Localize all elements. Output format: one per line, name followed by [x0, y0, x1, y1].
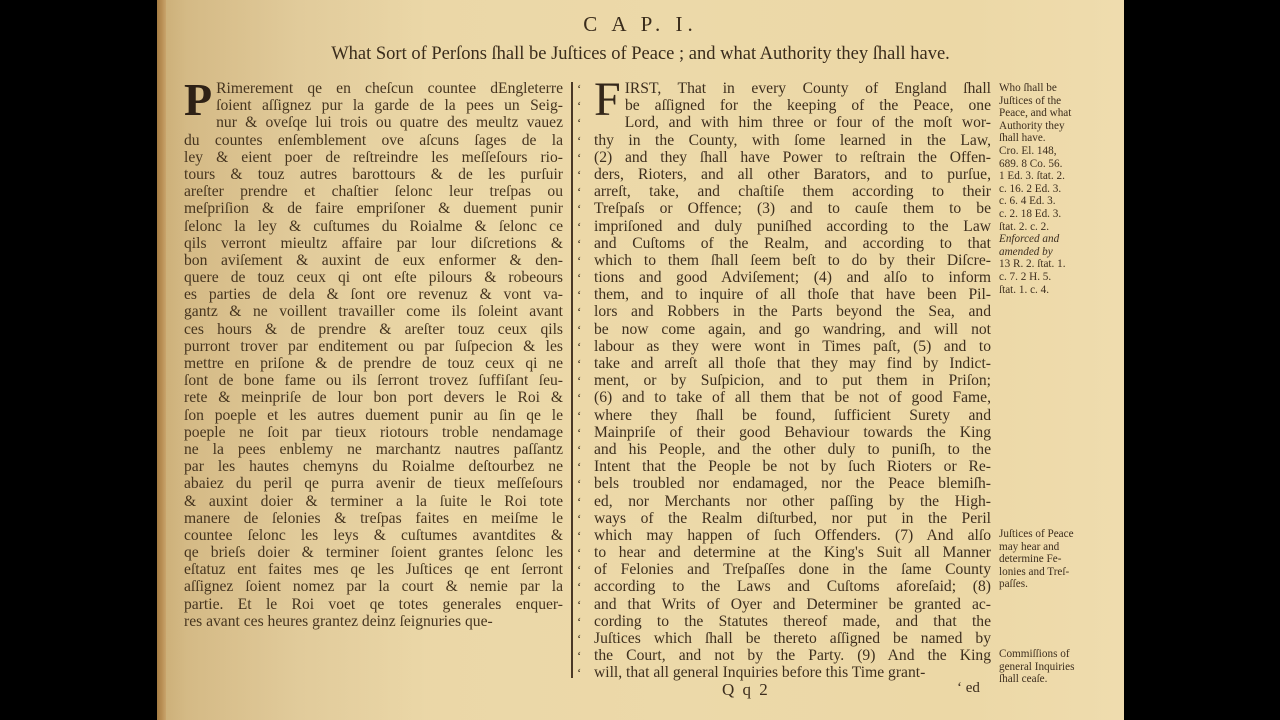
margin-note-line: Peace, and what: [999, 107, 1109, 120]
quote-mark: ‘: [577, 458, 589, 475]
english-line: arreſt, take, and chaſtiſe them accordin…: [594, 183, 991, 200]
margin-note-line: c. 6. 4 Ed. 3.: [999, 195, 1109, 208]
french-line: manere de ſelonies & treſpas faites en m…: [184, 510, 563, 527]
english-line: Lord, and with him three or four of the …: [594, 114, 991, 131]
french-line: ſont de bone fame ou ils ſerront trovez …: [184, 372, 563, 389]
quote-mark: ‘: [577, 218, 589, 235]
column-divider: [571, 82, 573, 678]
french-line: du countes enſemblement ove aſcuns ſages…: [184, 132, 563, 149]
margin-note-line: 689. 8 Co. 56.: [999, 158, 1109, 171]
french-line: res avant ces heures grantez deinz ſeign…: [184, 613, 563, 630]
french-line: aſſignez ſoient nomez par la court & nem…: [184, 578, 563, 595]
english-line: ders, Rioters, and all other Barators, a…: [594, 166, 991, 183]
french-line: areſter prendre et chaſtier ſelonc leur …: [184, 183, 563, 200]
margin-note-line: determine Fe-: [999, 553, 1109, 566]
english-line: thy in the County, with ſome learned in …: [594, 132, 991, 149]
margin-note-line: c. 2. 18 Ed. 3.: [999, 208, 1109, 221]
margin-note-line: may hear and: [999, 541, 1109, 554]
french-line: nur & oveſqe lui trois ou quatre des meu…: [184, 114, 563, 131]
margin-note-line: ſhall have.: [999, 132, 1109, 145]
french-line: meſpriſion & de faire empriſoner & dueme…: [184, 200, 563, 217]
quote-mark: ‘: [577, 321, 589, 338]
quote-mark: ‘: [577, 149, 589, 166]
quote-mark: ‘: [577, 97, 589, 114]
quote-mark: ‘: [577, 475, 589, 492]
english-line: labour as they were wont in Times paſt, …: [594, 338, 991, 355]
margin-note-line: Who ſhall be: [999, 82, 1109, 95]
quote-mark: ‘: [577, 407, 589, 424]
english-line: take and arreſt all thoſe that they may …: [594, 355, 991, 372]
quote-mark: ‘: [577, 286, 589, 303]
margin-note-line: ſhall ceaſe.: [999, 673, 1109, 686]
english-line: ment, or by Suſpicion, and to put them i…: [594, 372, 991, 389]
quote-mark: ‘: [577, 338, 589, 355]
quote-mark: ‘: [577, 527, 589, 544]
english-text-column: F IRST, That in every County of England …: [594, 80, 991, 682]
english-line: (2) and they ſhall have Power to reſtrai…: [594, 149, 991, 166]
english-line: tions and good Adviſement; (4) and alſo …: [594, 269, 991, 286]
french-line: qe brieſs doier & terminer ſoient grante…: [184, 544, 563, 561]
english-line: bels troubled nor endamaged, nor the Pea…: [594, 475, 991, 492]
french-text-column: P Rimerement qe en cheſcun countee dEngl…: [184, 80, 563, 630]
quote-mark: ‘: [577, 114, 589, 131]
french-line: countee ſelonc les leys & cuſtumes avant…: [184, 527, 563, 544]
quote-mark: ‘: [577, 493, 589, 510]
margin-note-line: Commiſſions of: [999, 648, 1109, 661]
french-line: partie. Et le Roi voet qe totes generale…: [184, 596, 563, 613]
english-line: to hear and determine at the King's Suit…: [594, 544, 991, 561]
quote-mark: ‘: [577, 596, 589, 613]
quote-mark: ‘: [577, 132, 589, 149]
english-line: will, that all general Inquiries before …: [594, 664, 991, 681]
english-line: which to them ſhall ſeem beſt to do by t…: [594, 252, 991, 269]
catchword: ‘ ed: [957, 680, 980, 697]
margin-note-line: Cro. El. 148,: [999, 145, 1109, 158]
english-line: Treſpaſs or Offence; (3) and to cauſe th…: [594, 200, 991, 217]
quote-mark: ‘: [577, 372, 589, 389]
quote-mark: ‘: [577, 200, 589, 217]
margin-note-line: Enforced and: [999, 233, 1109, 246]
quote-mark: ‘: [577, 303, 589, 320]
margin-note-line: c. 7. 2 H. 5.: [999, 271, 1109, 284]
margin-note-line: paſſes.: [999, 578, 1109, 591]
english-line: and his People, and the other duly to pu…: [594, 441, 991, 458]
english-line: lors and Robbers in the Parts beyond the…: [594, 303, 991, 320]
english-line: ways of the Realm diſturbed, nor put in …: [594, 510, 991, 527]
french-line: Rimerement qe en cheſcun countee dEnglet…: [184, 80, 563, 97]
page-binding-edge: [157, 0, 166, 720]
quote-mark: ‘: [577, 630, 589, 647]
quote-mark: ‘: [577, 441, 589, 458]
french-line: ne la pees enblemy ne marchantz nautres …: [184, 441, 563, 458]
chapter-heading: C A P. I.: [157, 12, 1124, 37]
french-line: rete & meinpriſe de lour bon port devers…: [184, 389, 563, 406]
english-line: Intent that the People be not by ſuch Ri…: [594, 458, 991, 475]
french-line: es parties de dela & ſont ore revenuz & …: [184, 286, 563, 303]
english-line: which may happen of ſuch Offenders. (7) …: [594, 527, 991, 544]
english-line: of Felonies and Treſpaſſes done in the ſ…: [594, 561, 991, 578]
dropcap-french: P: [184, 82, 212, 118]
quotation-marks-column: ‘ ‘ ‘ ‘ ‘ ‘ ‘ ‘ ‘ ‘ ‘ ‘ ‘ ‘ ‘ ‘ ‘ ‘ ‘ ‘ …: [577, 80, 589, 682]
quote-mark: ‘: [577, 424, 589, 441]
quote-mark: ‘: [577, 510, 589, 527]
french-line: mettre en priſone & de prendre de touz c…: [184, 355, 563, 372]
english-line: be now come again, and go wandring, and …: [594, 321, 991, 338]
french-line: abaiez du peril qe purra avenir de tieux…: [184, 475, 563, 492]
french-line: purront trover par enditement ou par ſuſ…: [184, 338, 563, 355]
margin-note-who-shall-be-justices: Who ſhall be Juſtices of the Peace, and …: [999, 82, 1109, 296]
margin-note-line: Authority they: [999, 120, 1109, 133]
english-line: (6) and to take of all them that be not …: [594, 389, 991, 406]
english-line: Mainpriſe of their good Behaviour toward…: [594, 424, 991, 441]
english-line: ed, nor Merchants nor other paſſing by t…: [594, 493, 991, 510]
margin-note-line: lonies and Treſ-: [999, 566, 1109, 579]
english-line: be aſſigned for the keeping of the Peace…: [625, 97, 991, 114]
margin-note-commissions-cease: Commiſſions of general Inquiries ſhall c…: [999, 648, 1109, 686]
dropcap-english: F: [594, 82, 621, 118]
english-line: and that Writs of Oyer and Determiner be…: [594, 596, 991, 613]
english-line: according to the Laws and Cuſtoms aforeſ…: [594, 578, 991, 595]
english-line: impriſoned and duly puniſhed according t…: [594, 218, 991, 235]
english-line: where they ſhall be found, ſufficient Su…: [594, 407, 991, 424]
margin-note-line: c. 16. 2 Ed. 3.: [999, 183, 1109, 196]
quote-mark: ‘: [577, 252, 589, 269]
quote-mark: ‘: [577, 389, 589, 406]
quote-mark: ‘: [577, 544, 589, 561]
book-page: C A P. I. What Sort of Perſons ſhall be …: [157, 0, 1124, 720]
french-line: ſelonc la ley & cuſtumes du Roialme & ſe…: [184, 218, 563, 235]
quote-mark: ‘: [577, 664, 589, 681]
quote-mark: ‘: [577, 166, 589, 183]
quote-mark: ‘: [577, 235, 589, 252]
quote-mark: ‘: [577, 80, 589, 97]
english-line: the Court, and not by the Party. (9) And…: [594, 647, 991, 664]
english-line: them, and to inquire of all thoſe that h…: [594, 286, 991, 303]
quote-mark: ‘: [577, 647, 589, 664]
french-line: quere de touz ceux qi ont eſte pilours &…: [184, 269, 563, 286]
french-line: bon aviſement & auxint de eux enformer &…: [184, 252, 563, 269]
french-line: ſoient aſſignez pur la garde de la pees …: [216, 97, 563, 114]
margin-note-line: 1 Ed. 3. ſtat. 2.: [999, 170, 1109, 183]
quote-mark: ‘: [577, 269, 589, 286]
french-line: ces hours & de prendre & areſter touz ce…: [184, 321, 563, 338]
french-line: par les hautes chemyns du Roialme deſtou…: [184, 458, 563, 475]
english-line: and Cuſtoms of the Realm, and according …: [594, 235, 991, 252]
margin-note-line: Juſtices of Peace: [999, 528, 1109, 541]
french-line: ſon poeple et les autres duement punir a…: [184, 407, 563, 424]
margin-note-hear-and-determine: Juſtices of Peace may hear and determine…: [999, 528, 1109, 591]
quote-mark: ‘: [577, 355, 589, 372]
margin-note-line: general Inquiries: [999, 661, 1109, 674]
margin-note-line: amended by: [999, 246, 1109, 259]
margin-note-line: ſtat. 2. c. 2.: [999, 221, 1109, 234]
chapter-subtitle: What Sort of Perſons ſhall be Juſtices o…: [157, 44, 1124, 65]
french-line: ley & eient poer de reſtreindre les meſſ…: [184, 149, 563, 166]
english-line: Juſtices which ſhall be thereto aſſigned…: [594, 630, 991, 647]
french-line: eſtatuz ent faites mes qe les Juſtices q…: [184, 561, 563, 578]
french-line: qils verront mieultz affaire par lour di…: [184, 235, 563, 252]
french-line: & auxint doier & terminer a la ſuite le …: [184, 493, 563, 510]
signature-mark: Q q 2: [722, 680, 770, 700]
quote-mark: ‘: [577, 578, 589, 595]
margin-note-line: Juſtices of the: [999, 95, 1109, 108]
quote-mark: ‘: [577, 183, 589, 200]
quote-mark: ‘: [577, 613, 589, 630]
margin-note-line: 13 R. 2. ſtat. 1.: [999, 258, 1109, 271]
quote-mark: ‘: [577, 561, 589, 578]
french-line: tours & touz autres barottours & de les …: [184, 166, 563, 183]
french-line: poeple ne ſoit par tieux riotours troble…: [184, 424, 563, 441]
english-line: cording to the Statutes thereof made, an…: [594, 613, 991, 630]
english-line: IRST, That in every County of England ſh…: [594, 80, 991, 97]
margin-note-line: ſtat. 1. c. 4.: [999, 284, 1109, 297]
french-line: gantz & ne voillent travailler come ils …: [184, 303, 563, 320]
